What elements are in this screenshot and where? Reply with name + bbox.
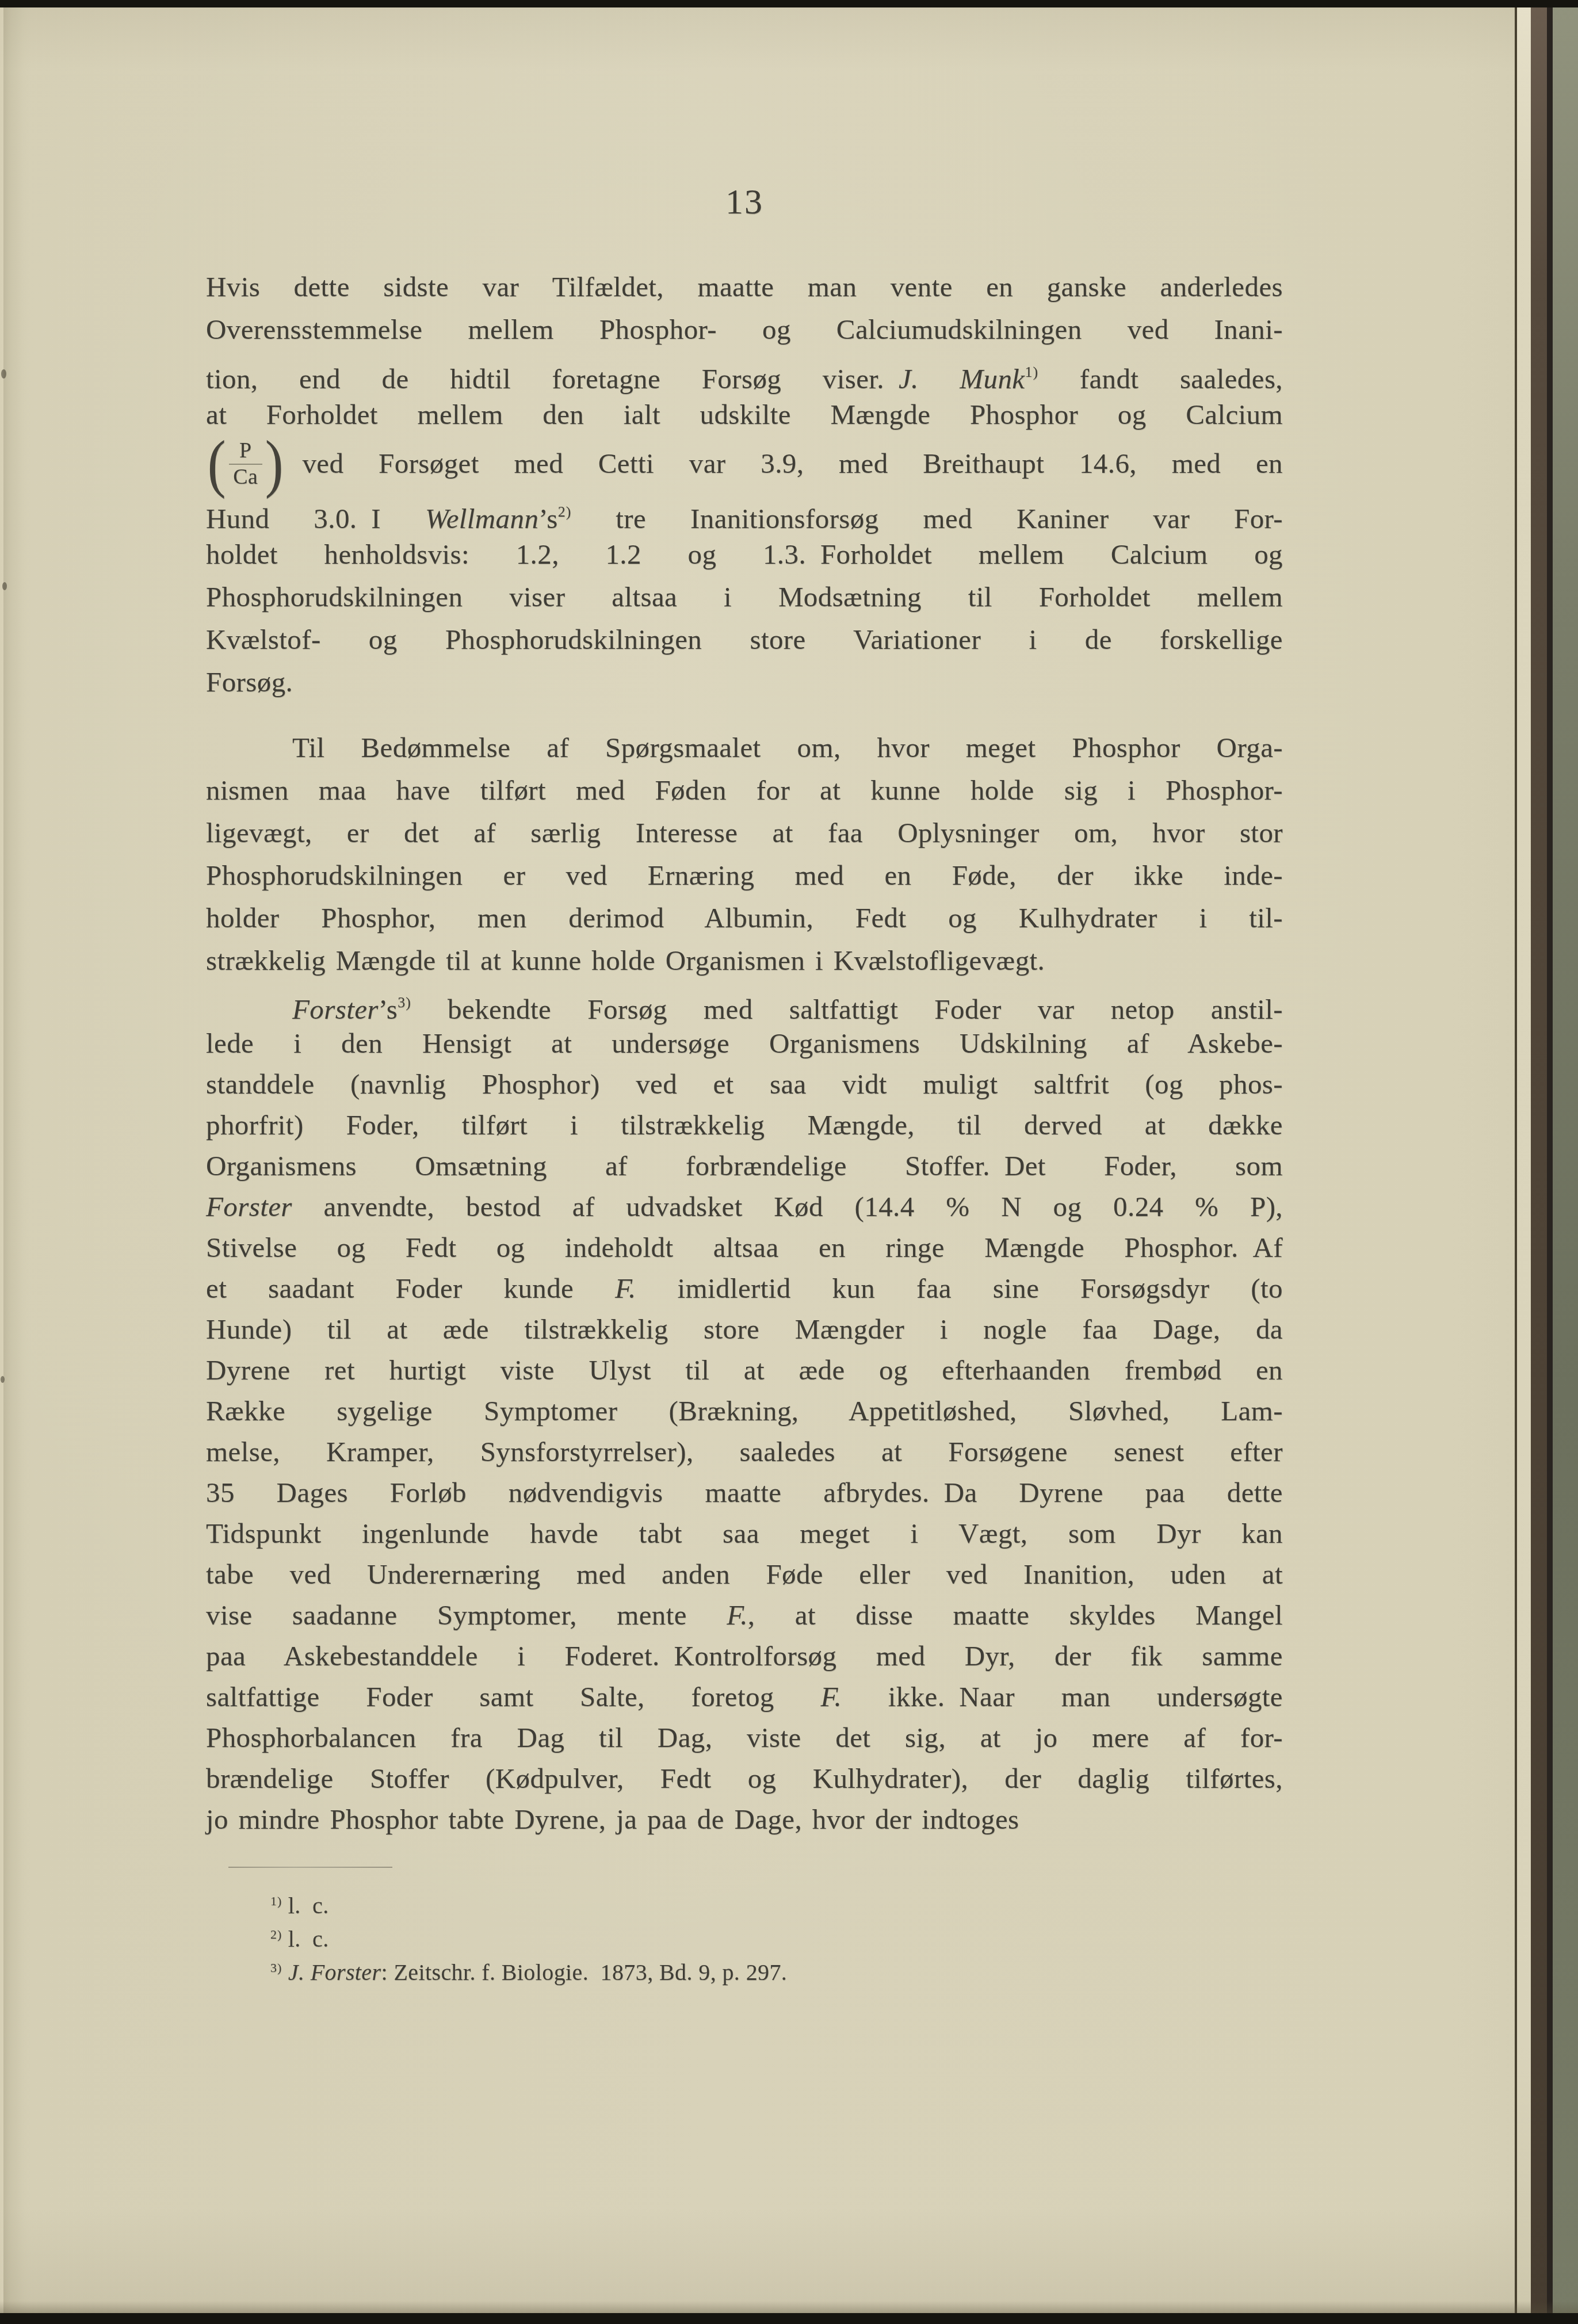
- text-run: Til Bedømmelse af Spørgsmaalet om, hvor …: [292, 732, 1283, 763]
- page-left-edge: [0, 0, 3, 2324]
- text-line: nismen maa have tilført med Føden for at…: [206, 769, 1283, 812]
- text-line: Kvælstof- og Phosphorudskilningen store …: [206, 618, 1283, 661]
- text-run-italic: F.: [727, 1599, 748, 1631]
- text-run: tion, end de hidtil foretagne Forsøg vis…: [206, 363, 899, 395]
- text-run-italic: J. Forster: [288, 1959, 381, 1985]
- text-line: vise saadanne Symptomer, mente F., at di…: [206, 1595, 1283, 1635]
- footnote: 3) J. Forster: Zeitschr. f. Biologie. 18…: [206, 1951, 1283, 1985]
- text-run: Kvælstof- og Phosphorudskilningen store …: [206, 624, 1283, 655]
- text-run: : Zeitschr. f. Biologie. 1873, Bd. 9, p.…: [381, 1959, 788, 1985]
- p-ca-ratio-fraction: (PCa): [206, 439, 285, 488]
- text-run: Forsøg.: [206, 666, 293, 698]
- text-run: anvendte, bestod af udvadsket Kød (14.4 …: [292, 1191, 1283, 1222]
- book-spine-brown: [1531, 0, 1547, 2324]
- footnote-rule: [228, 1867, 392, 1868]
- text-run: ved Forsøget med Cetti var 3.9, med Brei…: [302, 448, 1283, 479]
- text-line: Phosphorbalancen fra Dag til Dag, viste …: [206, 1717, 1283, 1758]
- text-run: Phosphorudskilningen er ved Ernæring med…: [206, 859, 1283, 891]
- footnote-marker: 3): [270, 1960, 282, 1975]
- text-run: Phosphorudskilningen viser altsaa i Mods…: [206, 581, 1283, 613]
- text-line: Tidspunkt ingenlunde havde tabt saa mege…: [206, 1513, 1283, 1554]
- page-gutter-shadow: [0, 0, 24, 2324]
- text-line: Række sygelige Symptomer (Brækning, Appe…: [206, 1390, 1283, 1431]
- paragraph: Til Bedømmelse af Spørgsmaalet om, hvor …: [206, 727, 1283, 982]
- text-run: Tidspunkt ingenlunde havde tabt saa mege…: [206, 1518, 1283, 1549]
- text-run: jo mindre Phosphor tabte Dyrene, ja paa …: [206, 1803, 1019, 1835]
- fraction-stack: PCa: [229, 439, 262, 488]
- text-run: vise saadanne Symptomer, mente: [206, 1599, 727, 1631]
- text-run-italic: J. Munk: [899, 363, 1025, 395]
- text-line: Organismens Omsætning af forbrændelige S…: [206, 1145, 1283, 1186]
- book-page: 13 Hvis dette sidste var Tilfældet, maat…: [0, 0, 1578, 2324]
- text-run: , at disse maatte skyldes Mangel: [748, 1599, 1283, 1631]
- text-run: Phosphorbalancen fra Dag til Dag, viste …: [206, 1722, 1283, 1753]
- text-run: holdet henholdsvis: 1.2, 1.2 og 1.3. For…: [206, 538, 1283, 570]
- text-line: Forsøg.: [206, 661, 1283, 704]
- text-line: Hvis dette sidste var Tilfældet, maatte …: [206, 266, 1283, 308]
- text-run: ’s: [538, 503, 557, 534]
- text-run: holder Phosphor, men derimod Albumin, Fe…: [206, 902, 1283, 934]
- text-run-italic: Forster: [206, 1191, 292, 1222]
- text-run: ligevægt, er det af særlig Interesse at …: [206, 817, 1283, 848]
- scan-speck: [2, 582, 7, 590]
- text-run: phorfrit) Foder, tilført i tilstrækkelig…: [206, 1109, 1283, 1141]
- text-line: holdet henholdsvis: 1.2, 1.2 og 1.3. For…: [206, 533, 1283, 576]
- text-run: nismen maa have tilført med Føden for at…: [206, 774, 1283, 806]
- footnote: 1) l. c.: [206, 1885, 1283, 1918]
- fraction-denominator: Ca: [233, 466, 258, 488]
- text-block: Hvis dette sidste var Tilfældet, maatte …: [206, 266, 1283, 1840]
- text-line: standdele (navnlig Phosphor) ved et saa …: [206, 1064, 1283, 1104]
- text-run: 35 Dages Forløb nødvendigvis maatte afbr…: [206, 1477, 1283, 1508]
- text-run: Hund 3.0. I: [206, 503, 425, 534]
- text-run-italic: F.: [615, 1272, 636, 1304]
- text-run: paa Askebestanddele i Foderet. Kontrolfo…: [206, 1640, 1283, 1672]
- footnote-marker: 1): [270, 1894, 282, 1908]
- page-bottom-shadow: [0, 2301, 1578, 2313]
- fraction-open-paren: (: [208, 441, 226, 487]
- text-line: Overensstemmelse mellem Phosphor- og Cal…: [206, 308, 1283, 351]
- footnote: 2) l. c.: [206, 1918, 1283, 1951]
- fraction-close-paren: ): [265, 441, 284, 487]
- text-run: Stivelse og Fedt og indeholdt altsaa en …: [206, 1232, 1283, 1263]
- text-line: holder Phosphor, men derimod Albumin, Fe…: [206, 897, 1283, 939]
- text-line: phorfrit) Foder, tilført i tilstrækkelig…: [206, 1104, 1283, 1145]
- text-line: Stivelse og Fedt og indeholdt altsaa en …: [206, 1227, 1283, 1268]
- scan-speck: [1, 1376, 5, 1383]
- text-run: tre Inanitionsforsøg med Kaniner var For…: [571, 503, 1283, 534]
- text-run: tabe ved Underernæring med anden Føde el…: [206, 1558, 1283, 1590]
- text-line: jo mindre Phosphor tabte Dyrene, ja paa …: [206, 1799, 1283, 1840]
- text-run: l. c.: [282, 1893, 328, 1918]
- text-run: melse, Kramper, Synsforstyrrelser), saal…: [206, 1436, 1283, 1467]
- text-line: ligevægt, er det af særlig Interesse at …: [206, 812, 1283, 854]
- text-run-italic: Wellmann: [425, 503, 538, 534]
- text-run: ikke. Naar man undersøgte: [842, 1681, 1283, 1713]
- text-line: Dyrene ret hurtigt viste Ulyst til at æd…: [206, 1350, 1283, 1390]
- text-line: brændelige Stoffer (Kødpulver, Fedt og K…: [206, 1758, 1283, 1799]
- text-run: brændelige Stoffer (Kødpulver, Fedt og K…: [206, 1763, 1283, 1794]
- text-line: Phosphorudskilningen er ved Ernæring med…: [206, 854, 1283, 897]
- footnote-marker: 2): [270, 1927, 282, 1941]
- text-line: Forster’s3) bekendte Forsøg med saltfatt…: [206, 982, 1283, 1023]
- text-run: lede i den Hensigt at undersøge Organism…: [206, 1027, 1283, 1059]
- text-run: Overensstemmelse mellem Phosphor- og Cal…: [206, 314, 1283, 345]
- page-number: 13: [206, 183, 1283, 221]
- text-run: ’s: [379, 993, 398, 1025]
- text-run: at Forholdet mellem den ialt udskilte Mæ…: [206, 399, 1283, 430]
- footnote-marker: 1): [1025, 364, 1038, 380]
- text-run: strækkelig Mængde til at kunne holde Org…: [206, 945, 1045, 976]
- text-line: paa Askebestanddele i Foderet. Kontrolfo…: [206, 1635, 1283, 1676]
- text-run: Dyrene ret hurtigt viste Ulyst til at æd…: [206, 1354, 1283, 1386]
- text-line: lede i den Hensigt at undersøge Organism…: [206, 1023, 1283, 1064]
- text-line: tion, end de hidtil foretagne Forsøg vis…: [206, 351, 1283, 393]
- text-run-italic: F.: [820, 1681, 842, 1713]
- text-run: saltfattige Foder samt Salte, foretog: [206, 1681, 820, 1713]
- text-line-content: ved Forsøget med Cetti var 3.9, med Brei…: [302, 447, 1283, 480]
- text-line: Forster anvendte, bestod af udvadsket Kø…: [206, 1186, 1283, 1227]
- text-run: imidlertid kun faa sine Forsøgsdyr (to: [636, 1272, 1283, 1304]
- paragraph: Hvis dette sidste var Tilfældet, maatte …: [206, 266, 1283, 704]
- footnote-marker: 2): [558, 503, 572, 520]
- text-line: melse, Kramper, Synsforstyrrelser), saal…: [206, 1431, 1283, 1472]
- book-spine-shadow: [1547, 0, 1553, 2324]
- text-run: fandt saaledes,: [1038, 363, 1283, 395]
- scan-edge-top: [0, 0, 1578, 7]
- text-run-italic: Forster: [292, 993, 379, 1025]
- scan-speck: [1, 369, 6, 379]
- text-line: tabe ved Underernæring med anden Føde el…: [206, 1554, 1283, 1595]
- text-line: 35 Dages Forløb nødvendigvis maatte afbr…: [206, 1472, 1283, 1513]
- text-run: standdele (navnlig Phosphor) ved et saa …: [206, 1068, 1283, 1100]
- text-run: Række sygelige Symptomer (Brækning, Appe…: [206, 1395, 1283, 1427]
- text-run: bekendte Forsøg med saltfattigt Foder va…: [411, 993, 1283, 1025]
- text-run: et saadant Foder kunde: [206, 1272, 615, 1304]
- text-run: l. c.: [282, 1926, 328, 1952]
- text-run: [282, 1959, 288, 1985]
- footnotes: 1) l. c.2) l. c.3) J. Forster: Zeitschr.…: [206, 1885, 1283, 1985]
- text-line: et saadant Foder kunde F. imidlertid kun…: [206, 1268, 1283, 1309]
- text-line: Hunde) til at æde tilstrækkelig store Mæ…: [206, 1309, 1283, 1350]
- fraction-numerator: P: [239, 439, 252, 461]
- text-run: Hvis dette sidste var Tilfældet, maatte …: [206, 271, 1283, 303]
- text-line: Phosphorudskilningen viser altsaa i Mods…: [206, 576, 1283, 618]
- book-cover-edge: [1553, 0, 1578, 2324]
- text-run: Organismens Omsætning af forbrændelige S…: [206, 1150, 1283, 1182]
- adjacent-page-edge: [1517, 0, 1531, 2324]
- footnote-marker: 3): [398, 994, 411, 1011]
- text-line: at Forholdet mellem den ialt udskilte Mæ…: [206, 393, 1283, 436]
- text-line: saltfattige Foder samt Salte, foretog F.…: [206, 1676, 1283, 1717]
- paragraph: Forster’s3) bekendte Forsøg med saltfatt…: [206, 982, 1283, 1840]
- scan-edge-bottom: [0, 2313, 1578, 2324]
- text-line: Hund 3.0. I Wellmann’s2) tre Inanitionsf…: [206, 491, 1283, 533]
- text-run: Hunde) til at æde tilstrækkelig store Mæ…: [206, 1313, 1283, 1345]
- text-line: Til Bedømmelse af Spørgsmaalet om, hvor …: [206, 727, 1283, 769]
- text-line-with-fraction: (PCa)ved Forsøget med Cetti var 3.9, med…: [206, 436, 1283, 491]
- text-line: strækkelig Mængde til at kunne holde Org…: [206, 939, 1283, 982]
